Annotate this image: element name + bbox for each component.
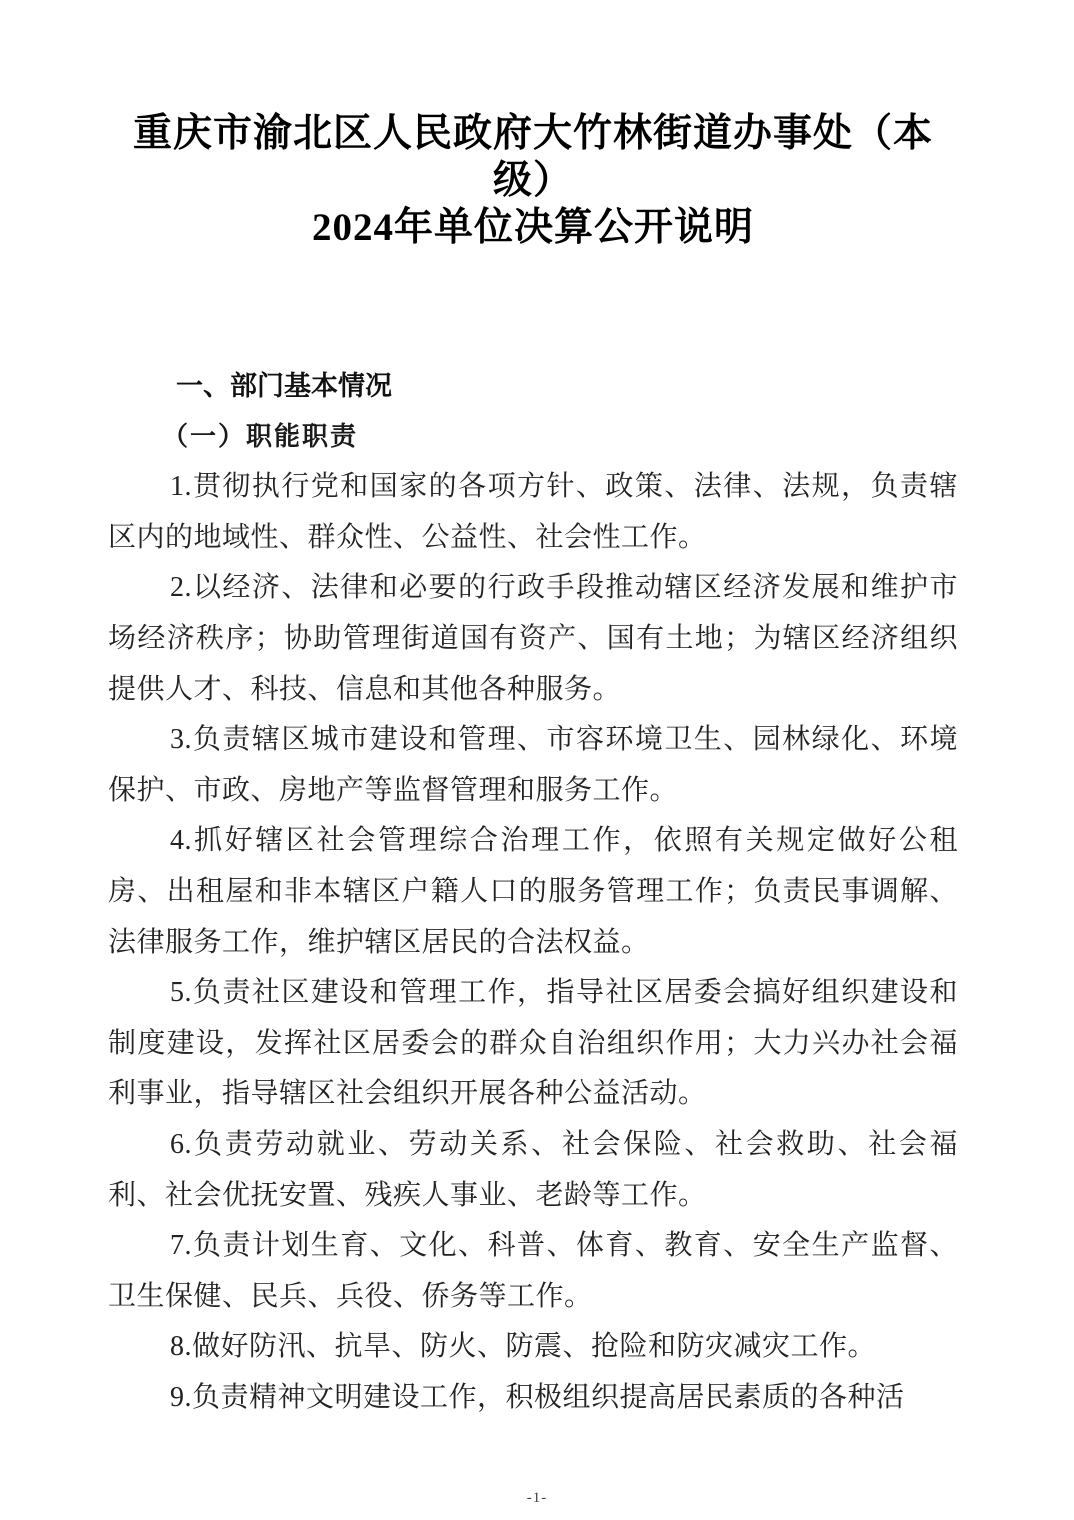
document-page: 重庆市渝北区人民政府大竹林街道办事处（本 级） 2024年单位决算公开说明 一、… [0, 0, 1074, 1520]
document-title-line-1: 重庆市渝北区人民政府大竹林街道办事处（本 [108, 110, 958, 157]
body-paragraph: 6.负责劳动就业、劳动关系、社会保险、社会救助、社会福利、社会优抚安置、残疾人事… [108, 1120, 958, 1221]
body-paragraph: 1.贯彻执行党和国家的各项方针、政策、法律、法规，负责辖区内的地域性、群众性、公… [108, 462, 958, 563]
body-paragraph: 7.负责计划生育、文化、科普、体育、教育、安全生产监督、卫生保健、民兵、兵役、侨… [108, 1221, 958, 1322]
body-paragraph: 8.做好防汛、抗旱、防火、防震、抢险和防灾减灾工作。 [108, 1322, 958, 1373]
body-text-block: 1.贯彻执行党和国家的各项方针、政策、法律、法规，负责辖区内的地域性、群众性、公… [108, 462, 958, 1423]
body-paragraph: 2.以经济、法律和必要的行政手段推动辖区经济发展和维护市场经济秩序；协助管理街道… [108, 563, 958, 715]
section-heading-basic-info: 一、部门基本情况 [108, 361, 958, 412]
subsection-heading-duties: （一）职能职责 [108, 412, 958, 463]
body-paragraph: 4.抓好辖区社会管理综合治理工作，依照有关规定做好公租房、出租屋和非本辖区户籍人… [108, 816, 958, 968]
document-title-line-3: 2024年单位决算公开说明 [108, 204, 958, 251]
body-paragraph: 9.负责精神文明建设工作，积极组织提高居民素质的各种活 [108, 1373, 958, 1424]
page-number: -1- [0, 1490, 1074, 1507]
document-title-line-2: 级） [108, 157, 958, 204]
document-title: 重庆市渝北区人民政府大竹林街道办事处（本 级） 2024年单位决算公开说明 [108, 110, 958, 251]
body-paragraph: 5.负责社区建设和管理工作，指导社区居委会搞好组织建设和制度建设，发挥社区居委会… [108, 968, 958, 1120]
body-paragraph: 3.负责辖区城市建设和管理、市容环境卫生、园林绿化、环境保护、市政、房地产等监督… [108, 715, 958, 816]
